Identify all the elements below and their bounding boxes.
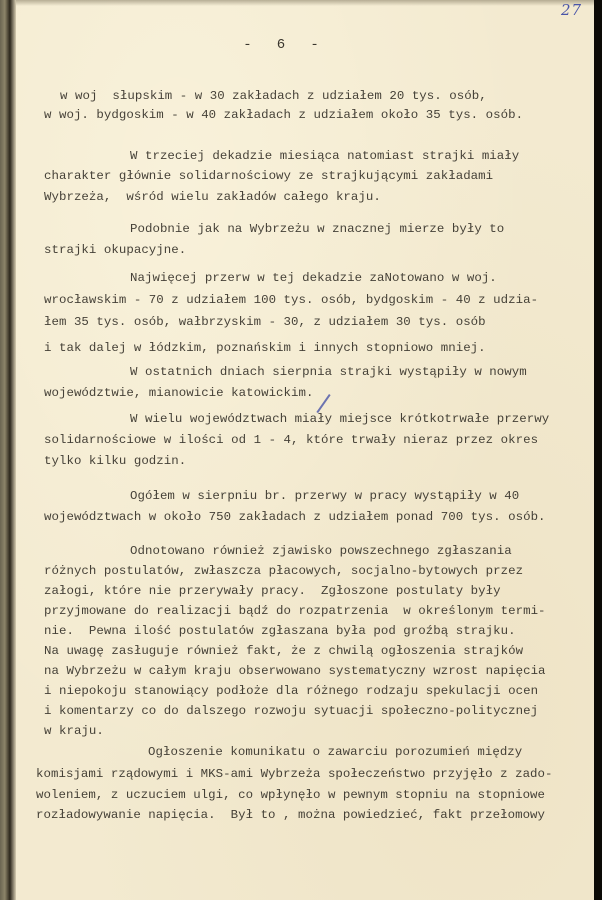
text-line: i komentarzy co do dalszego rozwoju sytu… <box>44 704 538 718</box>
page-number: - 6 - <box>226 37 336 53</box>
text-line: województwie, mianowicie katowickim. <box>44 386 313 400</box>
text-line: różnych postulatów, zwłaszcza płacowych,… <box>44 564 523 578</box>
text-line: W wielu województwach miały miejsce krót… <box>130 412 549 426</box>
text-line: na Wybrzeżu w całym kraju obserwowano sy… <box>44 664 546 678</box>
text-line: Ogółem w sierpniu br. przerwy w pracy wy… <box>130 489 519 503</box>
text-line: nie. Pewna ilość postulatów zgłaszana by… <box>44 624 516 638</box>
pen-checkmark <box>316 394 330 413</box>
text-line: rozładowywanie napięcia. Był to , można … <box>36 808 545 822</box>
text-line: załogi, które nie przerywały pracy. Zgło… <box>44 584 501 598</box>
text-line: wrocławskim - 70 z udziałem 100 tys. osó… <box>44 293 538 307</box>
scan-edge <box>594 0 602 900</box>
text-line: i niepokoju stanowiący podłoże dla różne… <box>44 684 538 698</box>
text-line: Odnotowano również zjawisko powszechnego… <box>130 544 512 558</box>
text-line: i tak dalej w łódzkim, poznańskim i inny… <box>44 341 486 355</box>
text-line: Wybrzeża, wśród wielu zakładów całego kr… <box>44 190 381 204</box>
text-line: W trzeciej dekadzie miesiąca natomiast s… <box>130 149 519 163</box>
text-line: Ogłoszenie komunikatu o zawarciu porozum… <box>148 745 522 759</box>
folio-number: 27 <box>561 1 582 19</box>
text-line: solidarnościowe w ilości od 1 - 4, które… <box>44 433 538 447</box>
text-line: przyjmowane do realizacji bądź do rozpat… <box>44 604 546 618</box>
binding-edge <box>0 0 16 900</box>
text-line: Najwięcej przerw w tej dekadzie zaNotowa… <box>130 271 497 285</box>
text-line: Na uwagę zasługuje również fakt, że z ch… <box>44 644 523 658</box>
text-line: W ostatnich dniach sierpnia strajki wyst… <box>130 365 527 379</box>
text-line: w kraju. <box>44 724 104 738</box>
text-line: łem 35 tys. osób, wałbrzyskim - 30, z ud… <box>44 315 486 329</box>
text-line: w woj słupskim - w 30 zakładach z udział… <box>60 89 487 103</box>
page-shadow <box>16 0 594 6</box>
text-line: tylko kilku godzin. <box>44 454 186 468</box>
text-line: charakter głównie solidarnościowy ze str… <box>44 169 493 183</box>
text-line: województwach w około 750 zakładach z ud… <box>44 510 546 524</box>
text-line: strajki okupacyjne. <box>44 243 186 257</box>
text-line: komisjami rządowymi i MKS-ami Wybrzeża s… <box>36 767 553 781</box>
document-page: 27 - 6 - w woj słupskim - w 30 zakładach… <box>0 0 594 900</box>
text-line: Podobnie jak na Wybrzeżu w znacznej mier… <box>130 222 504 236</box>
text-line: w woj. bydgoskim - w 40 zakładach z udzi… <box>44 108 523 122</box>
text-line: woleniem, z uczuciem ulgi, co wpłynęło w… <box>36 788 545 802</box>
